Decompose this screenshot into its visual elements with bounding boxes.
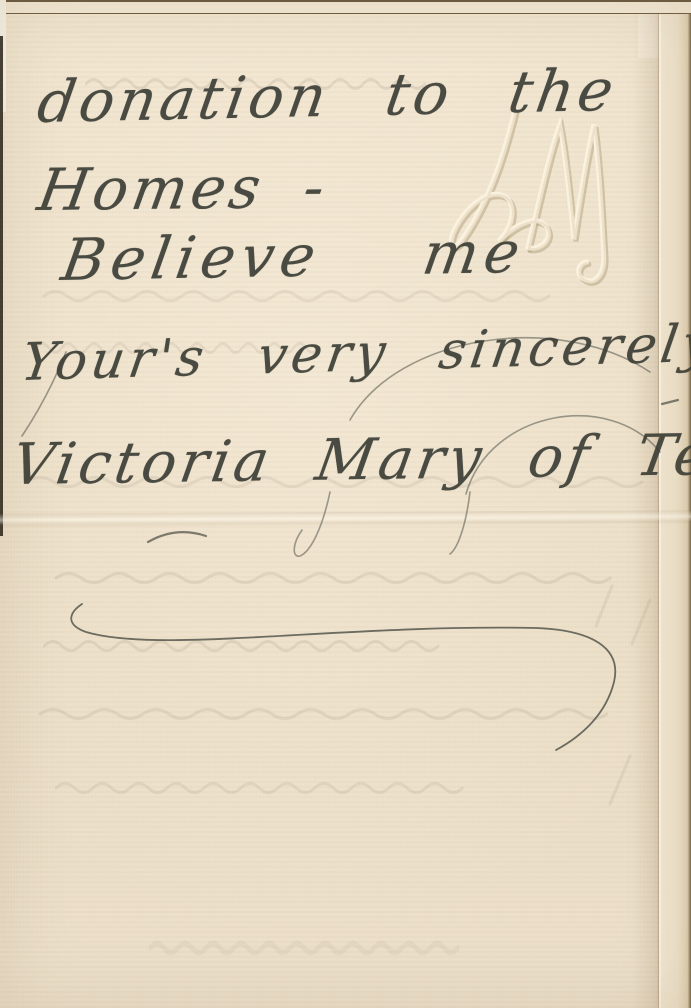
scan-vignette xyxy=(0,0,691,1008)
scanned-letter-page: donation to the Homes - Believe me Your'… xyxy=(0,0,691,1008)
